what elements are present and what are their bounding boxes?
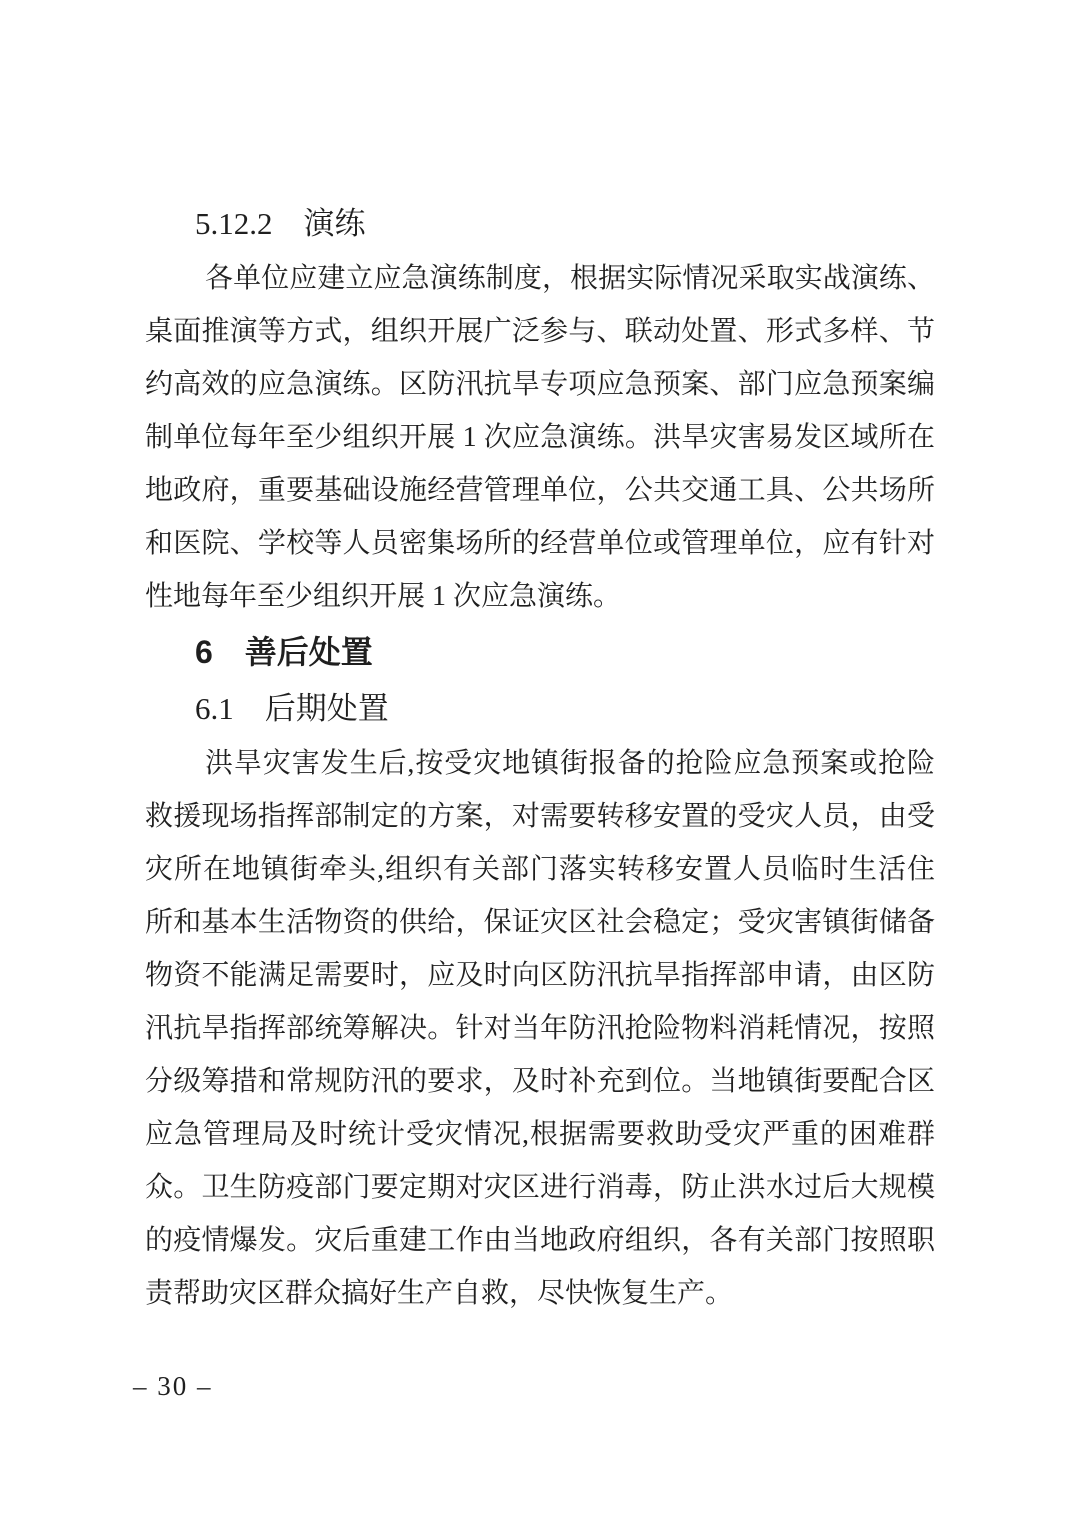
paragraph-post-disposal: 洪旱灾害发生后,按受灾地镇街报备的抢险应急预案或抢险 救援现场指挥部制定的方案，… xyxy=(145,737,935,1320)
paragraph-line: 责帮助灾区群众搞好生产自救，尽快恢复生产。 xyxy=(145,1267,935,1320)
section-heading-6-1: 6.1 后期处置 xyxy=(195,681,935,737)
paragraph-line: 和医院、学校等人员密集场所的经营单位或管理单位，应有针对 xyxy=(145,517,935,570)
section-heading-6: 6 善后处置 xyxy=(195,623,935,681)
paragraph-line: 性地每年至少组织开展 1 次应急演练。 xyxy=(145,570,935,623)
paragraph-line: 应急管理局及时统计受灾情况,根据需要救助受灾严重的困难群 xyxy=(145,1108,935,1161)
paragraph-line: 的疫情爆发。灾后重建工作由当地政府组织，各有关部门按照职 xyxy=(145,1214,935,1267)
paragraph-line: 所和基本生活物资的供给，保证灾区社会稳定；受灾害镇街储备 xyxy=(145,896,935,949)
paragraph-line: 制单位每年至少组织开展 1 次应急演练。洪旱灾害易发区域所在 xyxy=(145,411,935,464)
section-heading-5-12-2: 5.12.2 演练 xyxy=(195,196,935,252)
paragraph-line: 灾所在地镇街牵头,组织有关部门落实转移安置人员临时生活住 xyxy=(145,843,935,896)
paragraph-line: 各单位应建立应急演练制度，根据实际情况采取实战演练、 xyxy=(145,252,935,305)
page-number: – 30 – xyxy=(133,1370,213,1402)
paragraph-line: 汛抗旱指挥部统筹解决。针对当年防汛抢险物料消耗情况，按照 xyxy=(145,1002,935,1055)
paragraph-line: 桌面推演等方式，组织开展广泛参与、联动处置、形式多样、节 xyxy=(145,305,935,358)
paragraph-line: 救援现场指挥部制定的方案，对需要转移安置的受灾人员，由受 xyxy=(145,790,935,843)
paragraph-line: 洪旱灾害发生后,按受灾地镇街报备的抢险应急预案或抢险 xyxy=(145,737,935,790)
paragraph-line: 地政府，重要基础设施经营管理单位，公共交通工具、公共场所 xyxy=(145,464,935,517)
paragraph-drills: 各单位应建立应急演练制度，根据实际情况采取实战演练、 桌面推演等方式，组织开展广… xyxy=(145,252,935,623)
paragraph-line: 众。卫生防疫部门要定期对灾区进行消毒，防止洪水过后大规模 xyxy=(145,1161,935,1214)
paragraph-line: 分级筹措和常规防汛的要求，及时补充到位。当地镇街要配合区 xyxy=(145,1055,935,1108)
document-content: 5.12.2 演练 各单位应建立应急演练制度，根据实际情况采取实战演练、 桌面推… xyxy=(145,196,935,1320)
paragraph-line: 物资不能满足需要时，应及时向区防汛抗旱指挥部申请，由区防 xyxy=(145,949,935,1002)
document-page: 5.12.2 演练 各单位应建立应急演练制度，根据实际情况采取实战演练、 桌面推… xyxy=(0,0,1074,1520)
paragraph-line: 约高效的应急演练。区防汛抗旱专项应急预案、部门应急预案编 xyxy=(145,358,935,411)
